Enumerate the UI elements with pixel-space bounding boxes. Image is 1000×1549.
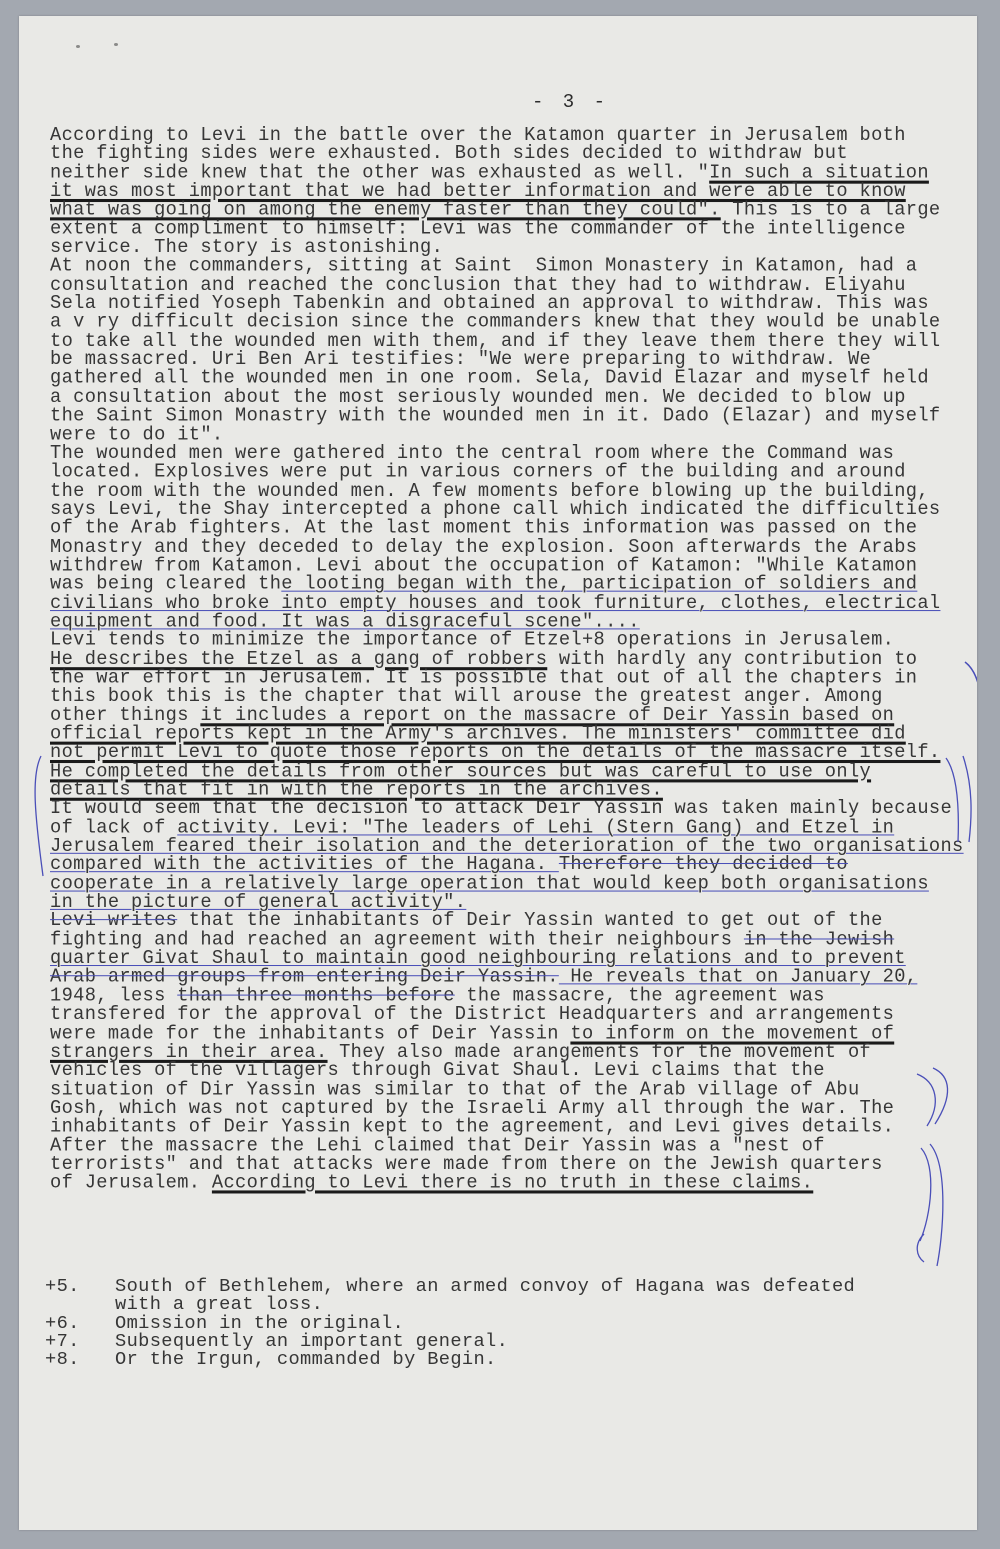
paragraph: Levi tends to minimize the importance of… (50, 631, 980, 799)
paragraph: The wounded men were gathered into the c… (50, 444, 980, 631)
paragraph: Levi writes that the inhabitants of Deir… (50, 911, 980, 1192)
footnote-marker: +8. (45, 1350, 115, 1368)
text-segment: of Jerusalem. (50, 1171, 212, 1193)
paper-speck (76, 45, 80, 48)
page-number: - 3 - (19, 91, 977, 113)
underlined-text: According to Levi there is no truth in t… (212, 1171, 813, 1193)
document-body: According to Levi in the battle over the… (50, 126, 980, 1193)
paragraph: At noon the commanders, sitting at Saint… (50, 257, 980, 444)
document-page: - 3 - According to Levi in the battle ov… (19, 16, 977, 1530)
footnote-text: Or the Irgun, commanded by Begin. (115, 1350, 497, 1368)
paragraph: It would seem that the decision to attac… (50, 799, 980, 911)
paragraph: According to Levi in the battle over the… (50, 126, 980, 257)
footnote-text: South of Bethlehem, where an armed convo… (115, 1277, 855, 1314)
footnote-marker: +5. (45, 1277, 115, 1314)
paper-speck (114, 43, 118, 46)
footnote: +5.South of Bethlehem, where an armed co… (45, 1277, 855, 1314)
text-line: of Jerusalem. According to Levi there is… (50, 1173, 980, 1192)
footnote: +8.Or the Irgun, commanded by Begin. (45, 1350, 855, 1368)
footnotes: +5.South of Bethlehem, where an armed co… (45, 1277, 855, 1369)
